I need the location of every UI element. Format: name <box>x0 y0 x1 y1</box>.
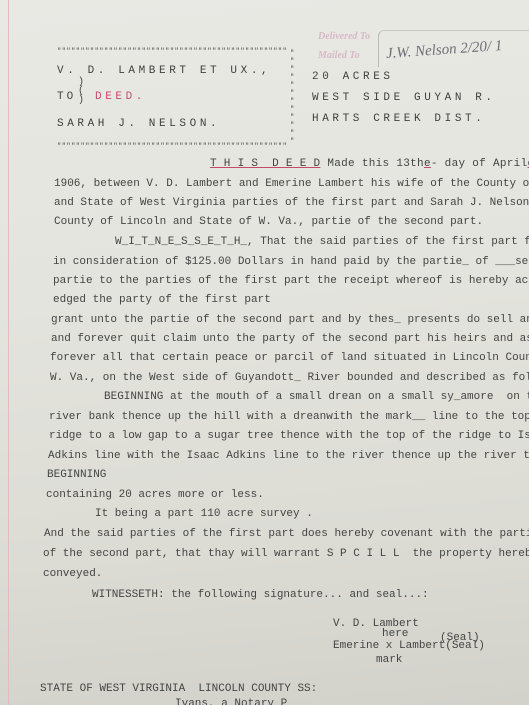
signature-mark: mark <box>376 654 402 667</box>
body-line: of the second part, that thay will warra… <box>43 548 529 561</box>
grantee-name: SARAH J. NELSON. <box>57 118 220 131</box>
header-vertical-divider: " " " " " " " " " " " " <box>290 50 294 146</box>
body-line: edged the party of the first part <box>53 294 271 307</box>
acknowledgment-partial: Ivans, a Notary P <box>175 698 287 705</box>
body-line: ridge to a low gap to a sugar tree thenc… <box>49 430 529 443</box>
location: WEST SIDE GUYAN R. <box>312 92 496 105</box>
deed-title: T H I S D E E D <box>210 158 320 170</box>
mailed-to-label: Mailed To <box>318 50 360 61</box>
body-line: containing 20 acres more or less. <box>46 489 264 502</box>
body-line: BEGINNING at the mouth of a small drean … <box>104 391 529 404</box>
margin-line <box>8 0 9 705</box>
body-line: grant unto the partie of the second part… <box>51 314 529 327</box>
doc-type: DEED. <box>95 91 146 104</box>
body-line: County of Lincoln and State of W. Va., p… <box>54 216 483 229</box>
body-line: WITNESSETH: the following signature... a… <box>92 589 429 602</box>
signature-emerine-lambert: Emerine x Lambert(Seal) <box>333 640 485 653</box>
district: HARTS CREEK DIST. <box>312 113 485 126</box>
acreage: 20 ACRES <box>312 71 394 84</box>
body-line: BEGINNING <box>47 469 106 482</box>
body-line: river bank thence up the hill with a dre… <box>49 411 529 424</box>
body-line: conveyed. <box>43 568 102 581</box>
header-divider-bottom: """"""""""""""""""""""""""""""""""""""""… <box>57 143 287 151</box>
body-line: and State of West Virginia parties of th… <box>54 197 529 210</box>
body-line: T H I S D E E D Made this 13the- day of … <box>210 158 529 171</box>
body-line: and forever quit claim unto the party of… <box>51 333 529 346</box>
body-line: partie to the parties of the first part … <box>53 275 529 288</box>
acknowledgment-heading: STATE OF WEST VIRGINIA LINCOLN COUNTY SS… <box>40 683 317 696</box>
body-line: It being a part 110 acre survey . <box>95 508 313 521</box>
brace: ) ( ) <box>78 78 84 105</box>
body-line: W. Va., on the West side of Guyandott_ R… <box>50 372 529 385</box>
grantor-name: V. D. LAMBERT ET UX., <box>57 65 271 78</box>
body-line: forever all that certain peace or parcil… <box>50 352 529 365</box>
delivered-to-label: Delivered To <box>318 31 370 42</box>
body-line: Adkins line with the Isaac Adkins line t… <box>48 450 529 463</box>
body-line: And the said parties of the first part d… <box>44 528 529 541</box>
header-divider-top: """"""""""""""""""""""""""""""""""""""""… <box>57 48 287 56</box>
body-line: 1906, between V. D. Lambert and Emerine … <box>54 178 529 191</box>
body-line: W_I_T_N_E_S_S_E_T_H_, That the said part… <box>115 236 529 249</box>
body-line: in consideration of $125.00 Dollars in h… <box>53 256 529 269</box>
to-label: TO <box>57 91 76 104</box>
